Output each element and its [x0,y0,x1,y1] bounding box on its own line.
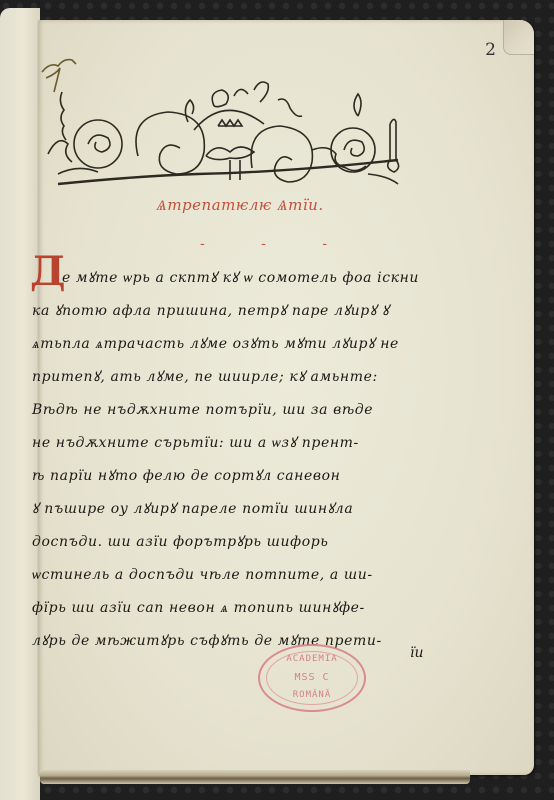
text-line: ка ꙋпотю афла пришина, петрꙋ паре лꙋирꙋ … [32,295,452,328]
folded-corner [503,20,534,55]
text-line: лꙋрь де мѣжитꙋрь съфꙋть де мꙋте прети- [32,625,452,658]
text-line: не нъдѫхните сърьтїи: ши а ѡзꙋ прент- [32,427,452,460]
stamp-bottom-text: ROMÂNĂ [260,690,364,700]
manuscript-text: е мꙋте ѡрь а скптꙋ кꙋ ѡ сомотель фоа іск… [32,262,452,658]
text-line: е мꙋте ѡрь а скптꙋ кꙋ ѡ сомотель фоа іск… [32,262,452,295]
page-bottom-edge [40,770,470,784]
text-line: ꙋ пъшире оу лꙋирꙋ пареле потїи шинꙋла [32,493,452,526]
page-number: 2 [485,40,496,60]
text-line: доспъди. ши азїи форътрꙋрь шифорь [32,526,452,559]
text-line: Вѣдѣ не нъдѫхните потърїи, ши за вѣде [32,394,452,427]
text-line: ѡстинель а доспъди чѣле потпите, а ши- [32,559,452,592]
catchword: їи [410,645,424,661]
rubric-marks: - - - [200,236,353,252]
rubric-heading: Ѧтрепатѥлѥ Ѧтїи. [120,196,360,215]
library-stamp: ACADEMIA MSS C ROMÂNĂ [258,644,366,712]
text-line: фїрь ши азїи сап невон ѧ топипь шинꙋфе- [32,592,452,625]
stamp-top-text: ACADEMIA [260,654,364,664]
headpiece-ornament-icon [28,44,428,194]
text-line: ѧтьпла ѧтрачасть лꙋме озꙋть мꙋти лꙋирꙋ н… [32,328,452,361]
stamp-middle-text: MSS C [260,672,364,683]
text-line: притепꙋ, ать лꙋме, пе шиирле; кꙋ амьнте: [32,361,452,394]
text-line: ѣ парїи нꙋто фелю де сортꙋл саневон [32,460,452,493]
